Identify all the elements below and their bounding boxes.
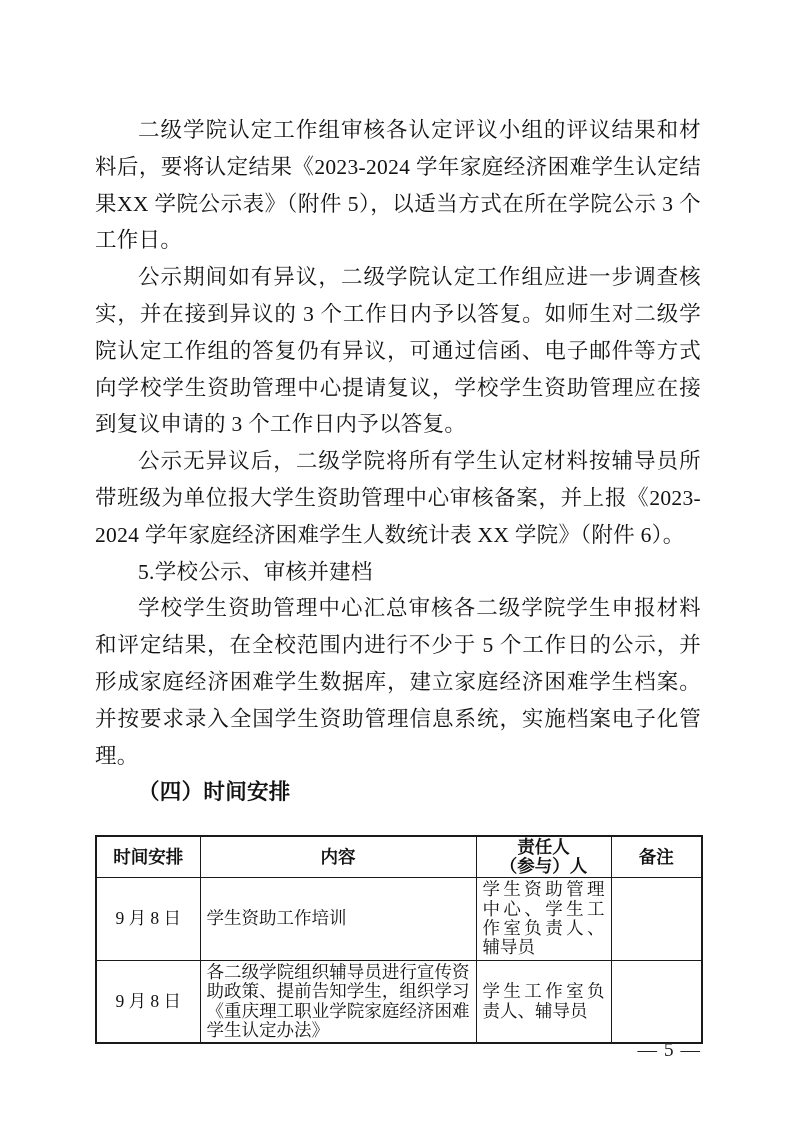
cell-time: 9 月 8 日 [96, 878, 200, 961]
cell-content: 各二级学院组织辅导员进行宣传资助政策、提前告知学生，组织学习《重庆理工职业学院家… [200, 960, 476, 1043]
cell-responsible: 学生工作室负责人、辅导员 [476, 960, 611, 1043]
cell-note [611, 960, 702, 1043]
header-cell-responsible: 责任人 （参与）人 [476, 836, 611, 878]
page-number: — 5 — [638, 1040, 702, 1062]
paragraph-filing-report: 公示无异议后，二级学院将所有学生认定材料按辅导员所带班级为单位报大学生资助管理中… [95, 443, 701, 553]
heading-time-schedule: （四）时间安排 [95, 774, 701, 811]
paragraph-review-results: 二级学院认定工作组审核各认定评议小组的评议结果和材料后，要将认定结果《2023-… [95, 112, 701, 259]
paragraph-objection-procedure: 公示期间如有异议，二级学院认定工作组应进一步调查核实，并在接到异议的 3 个工作… [95, 259, 701, 443]
document-page: 二级学院认定工作组审核各认定评议小组的评议结果和材料后，要将认定结果《2023-… [0, 0, 793, 1122]
table-header-row: 时间安排 内容 责任人 （参与）人 备注 [96, 836, 702, 878]
cell-responsible: 学生资助管理中心、学生工作室负责人、辅导员 [476, 878, 611, 961]
document-body: 二级学院认定工作组审核各认定评议小组的评议结果和材料后，要将认定结果《2023-… [95, 112, 701, 1044]
cell-content: 学生资助工作培训 [200, 878, 476, 961]
header-cell-content: 内容 [200, 836, 476, 878]
header-cell-note: 备注 [611, 836, 702, 878]
table-row: 9 月 8 日 学生资助工作培训 学生资助管理中心、学生工作室负责人、辅导员 [96, 878, 702, 961]
heading-school-publicity: 5.学校公示、审核并建档 [95, 554, 701, 591]
header-cell-time: 时间安排 [96, 836, 200, 878]
table-row: 9 月 8 日 各二级学院组织辅导员进行宣传资助政策、提前告知学生，组织学习《重… [96, 960, 702, 1043]
cell-note [611, 878, 702, 961]
cell-time: 9 月 8 日 [96, 960, 200, 1043]
paragraph-school-archive: 学校学生资助管理中心汇总审核各二级学院学生申报材料和评定结果，在全校范围内进行不… [95, 590, 701, 774]
schedule-table: 时间安排 内容 责任人 （参与）人 备注 9 月 8 日 学生资助工作培训 学生… [95, 835, 703, 1044]
